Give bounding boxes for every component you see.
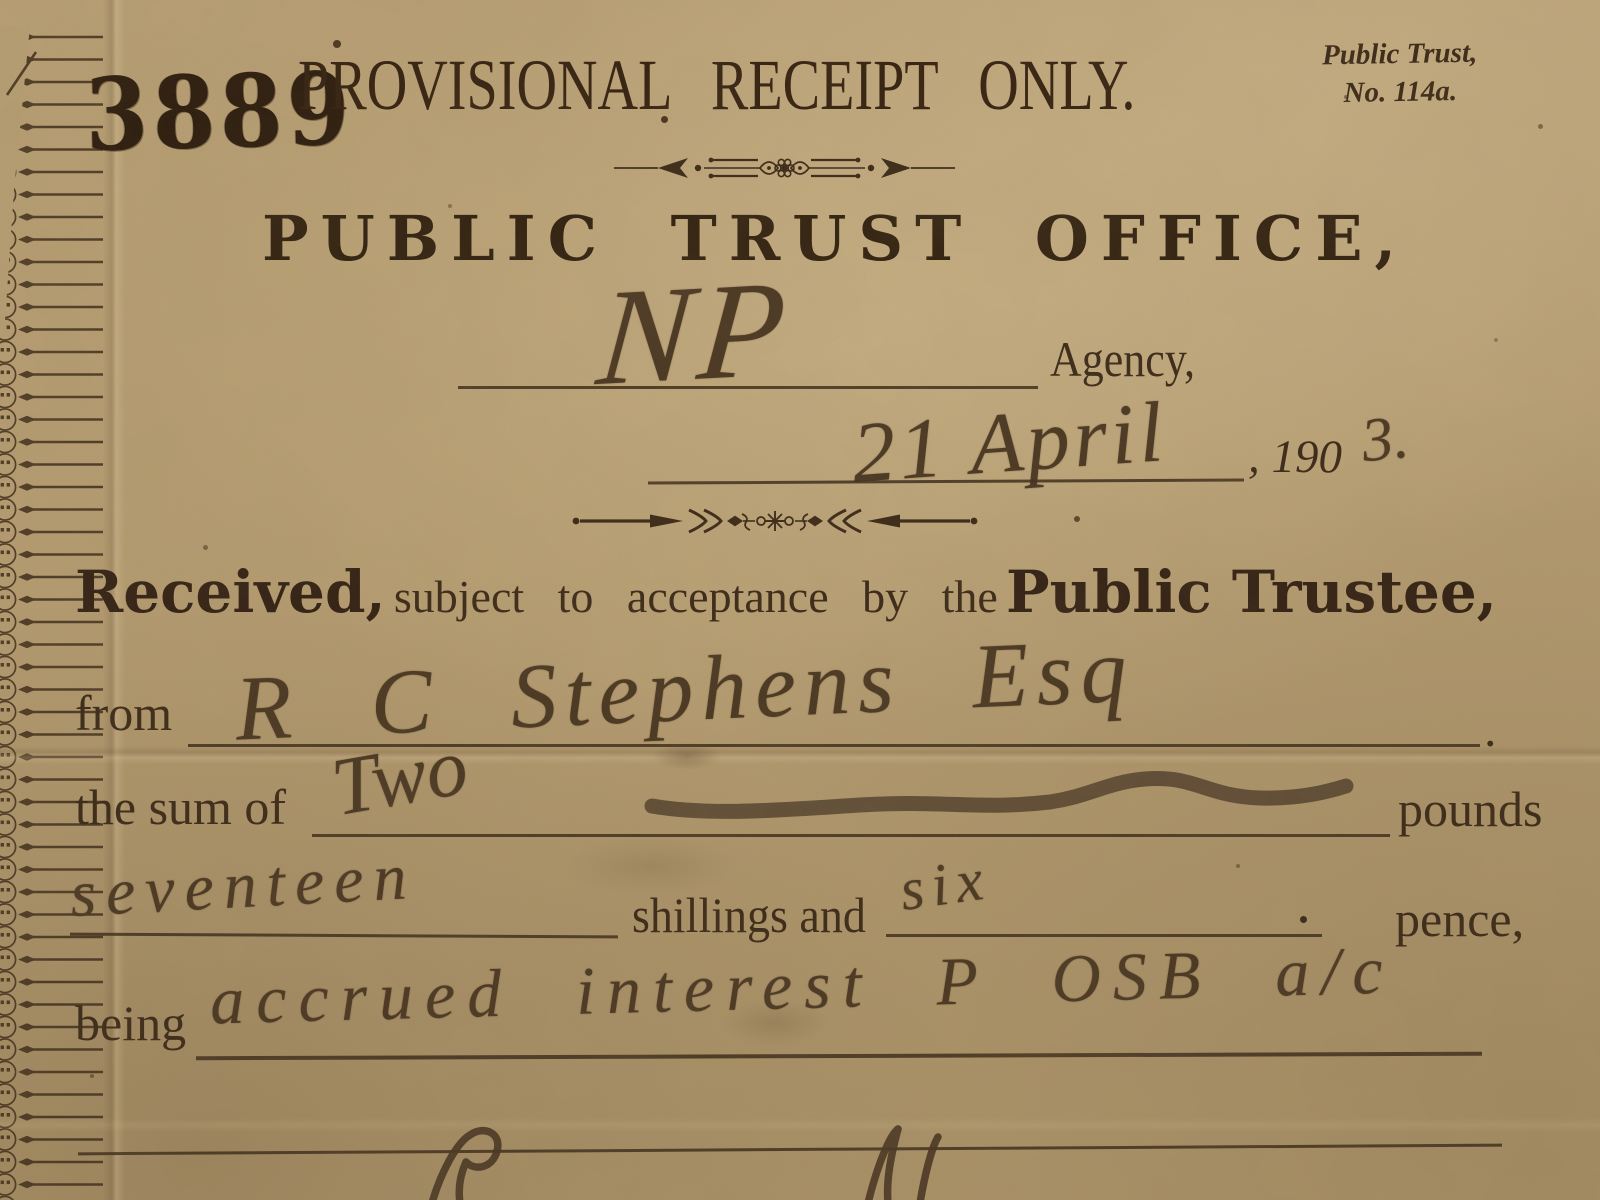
paper-speck bbox=[448, 204, 452, 208]
agency-fill-line bbox=[458, 386, 1038, 389]
paper-speck bbox=[333, 40, 341, 48]
sum-fill-line bbox=[312, 834, 1390, 837]
paper-speck bbox=[203, 545, 208, 550]
paper-stain bbox=[652, 742, 722, 770]
paper-stain bbox=[560, 836, 740, 896]
received-clause: Received, subject to acceptance by the P… bbox=[75, 558, 1497, 626]
paper-speck bbox=[1236, 864, 1240, 868]
partial-signature-strokes bbox=[380, 1125, 1080, 1200]
form-reference-line2: No. 114a. bbox=[1295, 72, 1506, 113]
being-label: being bbox=[75, 994, 186, 1052]
handwritten-dash-stroke bbox=[640, 758, 1360, 830]
receipt-sheet: 3889 PROVISIONAL RECEIPT ONLY. Public Tr… bbox=[0, 0, 1600, 1200]
handwritten-shillings-value: seventeen bbox=[68, 839, 418, 933]
received-middle: subject to acceptance by the bbox=[394, 570, 998, 623]
paper-speck bbox=[1074, 516, 1080, 522]
paper-speck bbox=[1344, 95, 1348, 99]
date-year-printed: , 190 bbox=[1248, 430, 1342, 484]
form-reference: Public Trust, No. 114a. bbox=[1294, 34, 1505, 113]
office-heading: PUBLIC TRUST OFFICE, bbox=[262, 202, 1408, 275]
ornamental-divider-top bbox=[612, 148, 957, 188]
paper-speck bbox=[1538, 124, 1543, 129]
handwritten-year-digit: 3. bbox=[1358, 402, 1412, 477]
received-tail: Public Trustee, bbox=[1006, 558, 1497, 626]
handwritten-pence-value: six bbox=[896, 844, 995, 925]
from-label: from bbox=[75, 684, 172, 742]
paper-speck bbox=[1494, 338, 1498, 342]
handwritten-date: 21 April bbox=[849, 381, 1170, 503]
shillings-fill-line bbox=[70, 933, 618, 938]
pounds-label: pounds bbox=[1398, 780, 1542, 838]
ornamental-divider-middle bbox=[570, 503, 980, 539]
paper-speck bbox=[661, 116, 668, 123]
paper-stain bbox=[720, 1000, 830, 1046]
sum-label: the sum of bbox=[75, 778, 286, 836]
being-fill-line bbox=[196, 1052, 1482, 1060]
pence-dot bbox=[1300, 916, 1307, 923]
from-terminal-period: . bbox=[1484, 700, 1497, 758]
form-reference-line1: Public Trust, bbox=[1294, 34, 1505, 75]
paper-speck bbox=[90, 1074, 94, 1078]
received-lead: Received, bbox=[75, 558, 386, 626]
agency-label: Agency, bbox=[1050, 330, 1195, 388]
handwritten-agency-monogram: NP bbox=[592, 248, 799, 417]
page-title: PROVISIONAL RECEIPT ONLY. bbox=[298, 44, 1135, 127]
pence-label: pence, bbox=[1395, 890, 1524, 948]
